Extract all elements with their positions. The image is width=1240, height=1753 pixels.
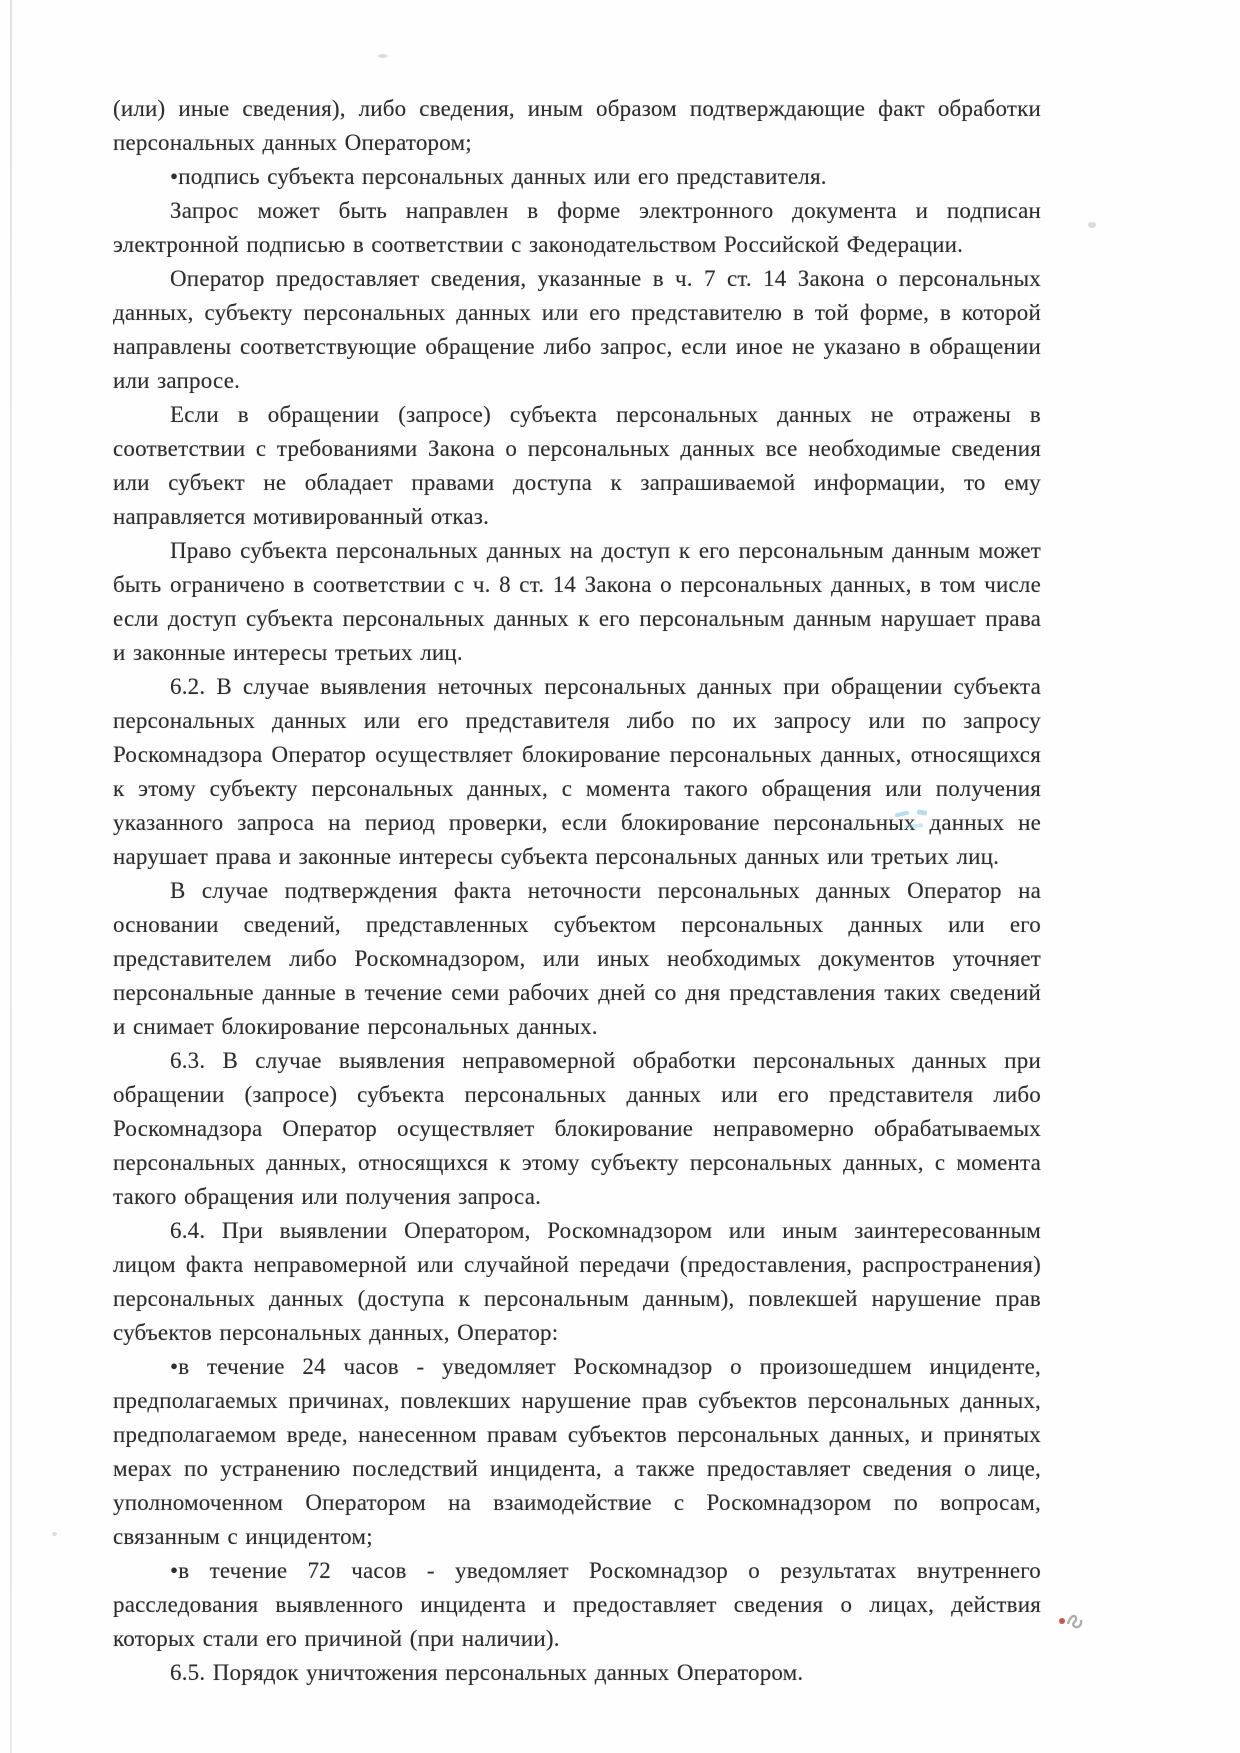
pen-mark-icon — [1055, 1608, 1095, 1634]
pen-mark-artifact — [1055, 1608, 1095, 1634]
bullet-paragraph: •подпись субъекта персональных данных ил… — [113, 160, 1041, 194]
blue-ink-smudge — [893, 810, 939, 836]
paragraph-section-6-5: 6.5. Порядок уничтожения персональных да… — [113, 1656, 1041, 1690]
paragraph-section-6-2: 6.2. В случае выявления неточных персона… — [113, 670, 1041, 874]
bullet-paragraph: •в течение 24 часов - уведомляет Роскомн… — [113, 1350, 1041, 1554]
paragraph: В случае подтверждения факта неточности … — [113, 874, 1041, 1044]
scanner-edge-line — [10, 0, 12, 1753]
scan-speck — [52, 1532, 57, 1536]
paragraph: Запрос может быть направлен в форме элек… — [113, 194, 1041, 262]
paragraph-section-6-3: 6.3. В случае выявления неправомерной об… — [113, 1044, 1041, 1214]
paragraph: Оператор предоставляет сведения, указанн… — [113, 262, 1041, 398]
scan-speck — [378, 54, 388, 58]
document-page: (или) иные сведения), либо сведения, ины… — [0, 0, 1240, 1753]
bullet-paragraph: •в течение 72 часов - уведомляет Роскомн… — [113, 1554, 1041, 1656]
scan-speck — [1088, 222, 1096, 228]
paragraph: Если в обращении (запросе) субъекта перс… — [113, 398, 1041, 534]
paragraph: Право субъекта персональных данных на до… — [113, 534, 1041, 670]
paragraph: (или) иные сведения), либо сведения, ины… — [113, 92, 1041, 160]
document-text: (или) иные сведения), либо сведения, ины… — [113, 92, 1041, 1690]
paragraph-section-6-4: 6.4. При выявлении Оператором, Роскомнад… — [113, 1214, 1041, 1350]
